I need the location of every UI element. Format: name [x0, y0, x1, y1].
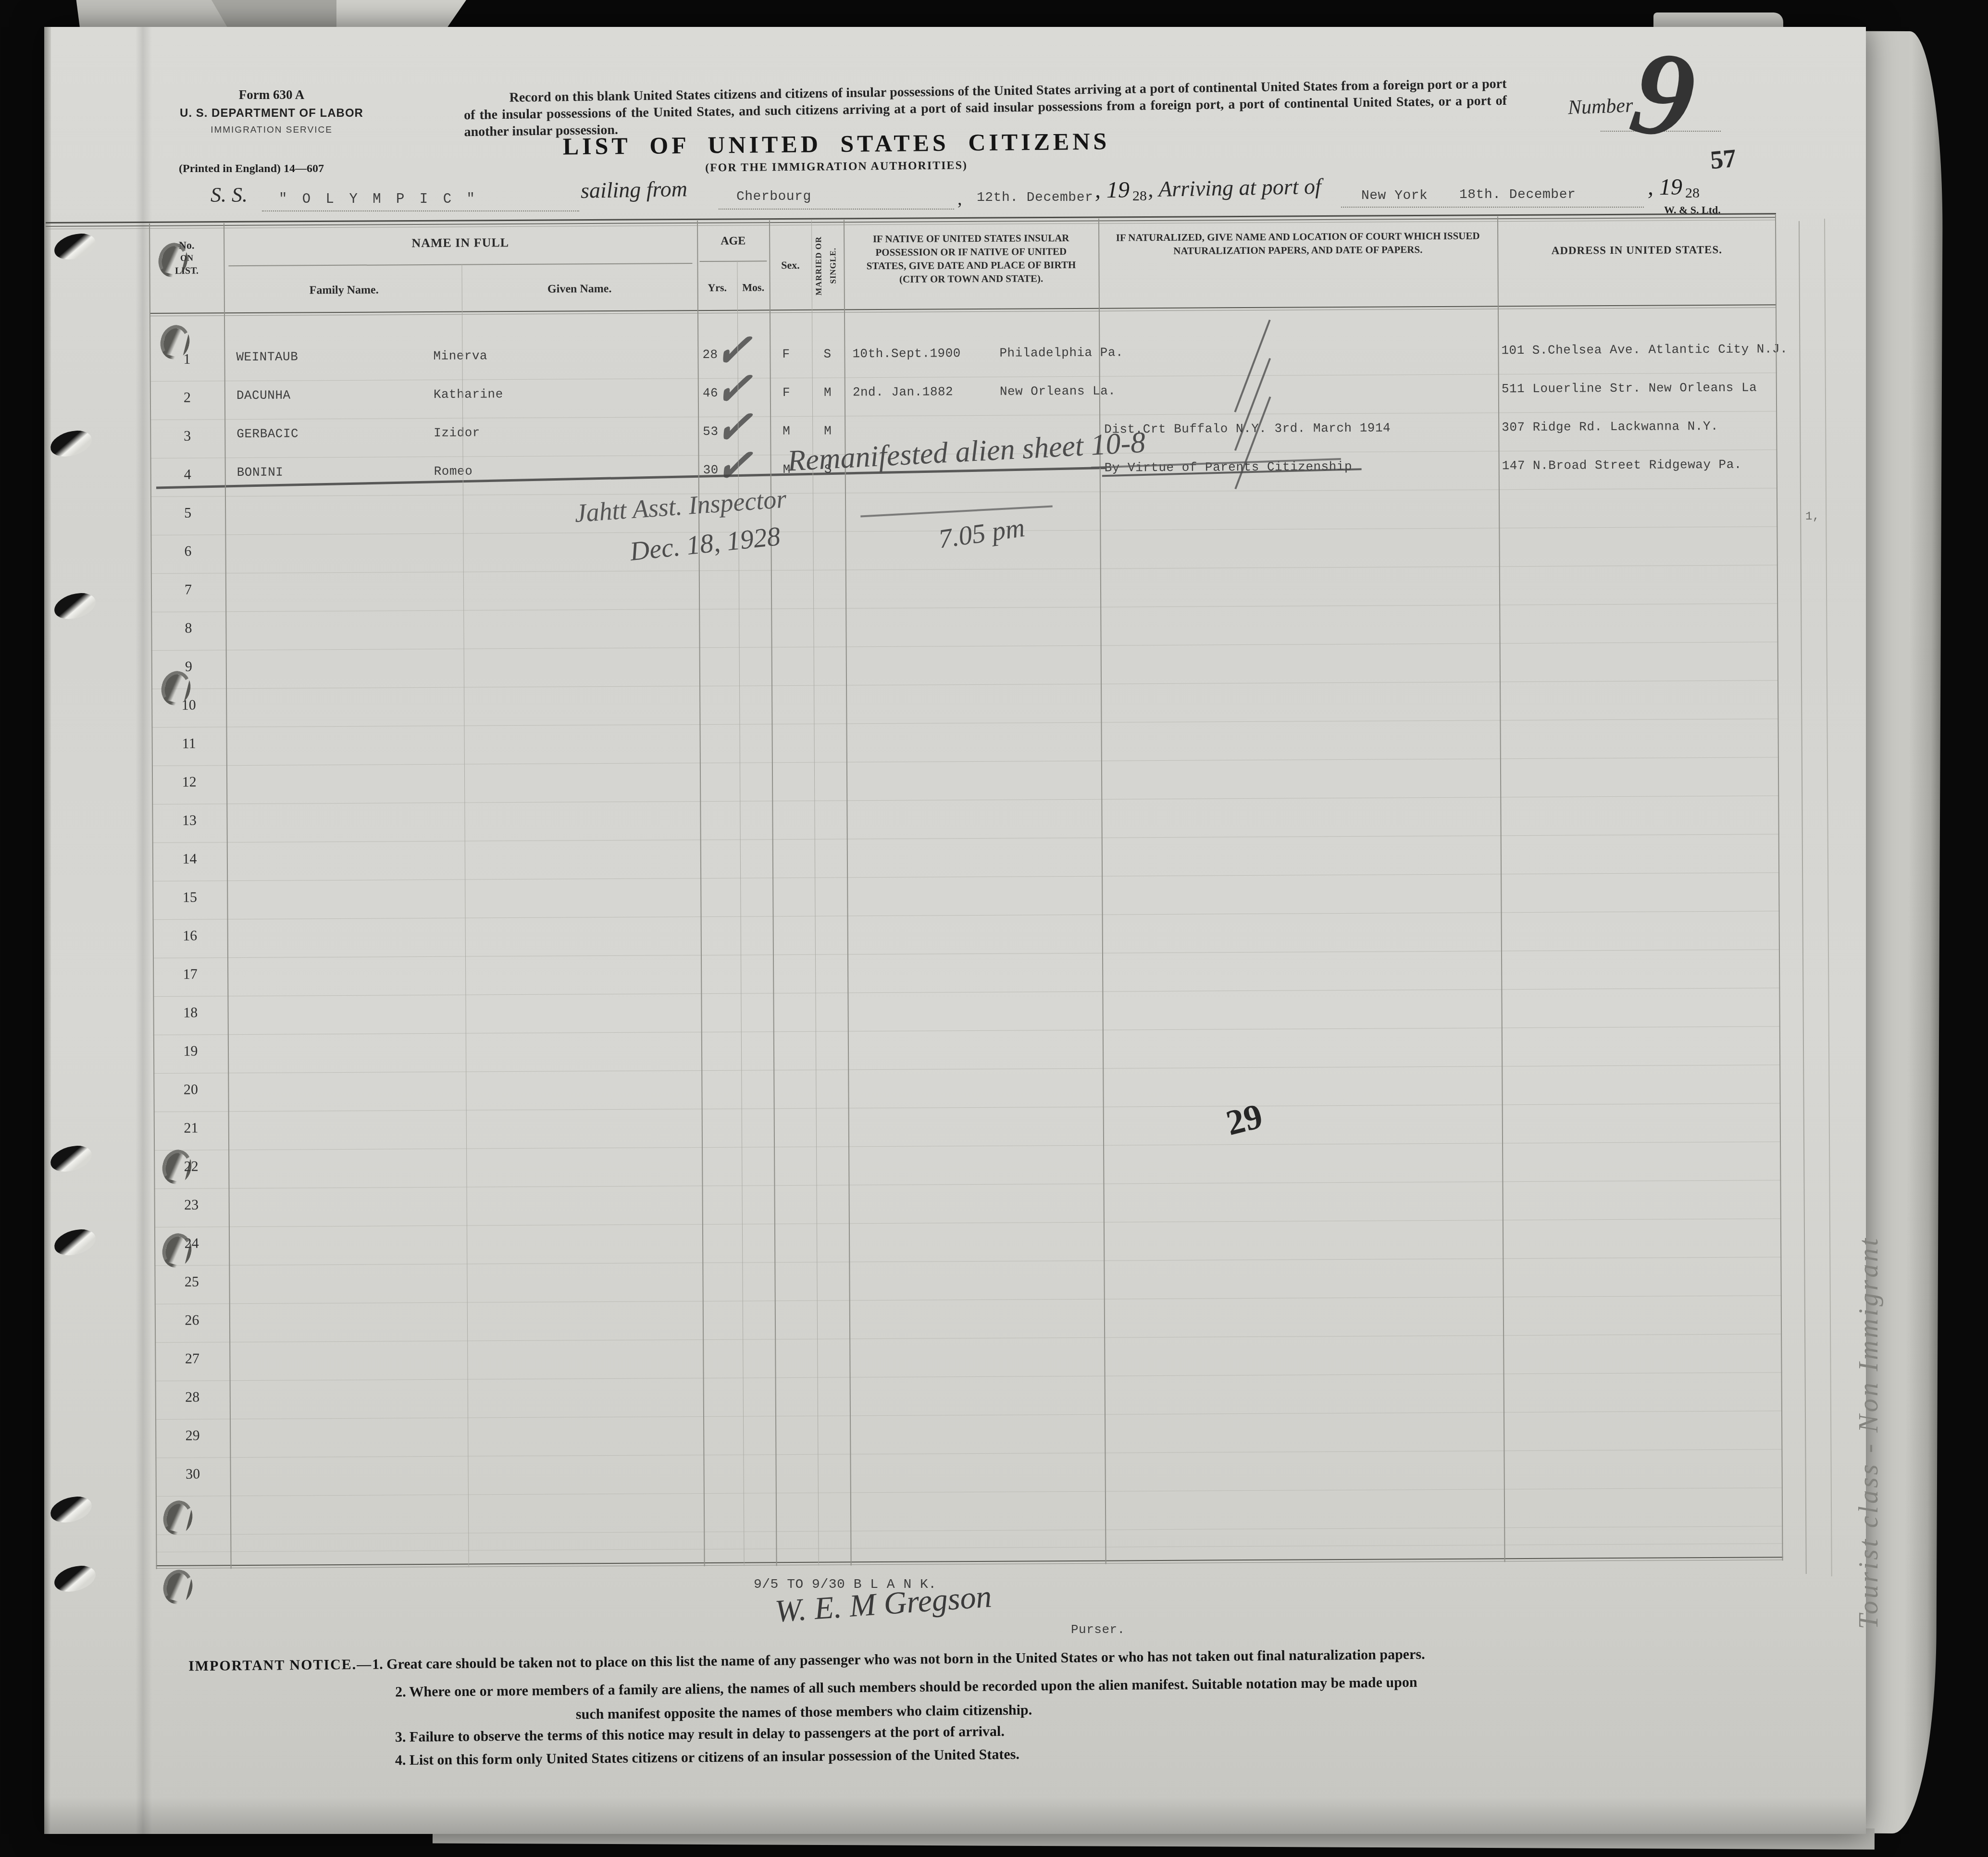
cell-family-name: WEINTAUB: [236, 349, 298, 364]
arrival-date: 18th. December: [1459, 187, 1576, 202]
table-rows: 1WEINTAUBMinerva28FS10th.Sept.1900Philad…: [149, 215, 1783, 1569]
cell-marital: M: [824, 424, 832, 438]
row-number: 4: [150, 466, 225, 483]
arrival-year: , 1928: [1648, 174, 1697, 200]
year-19: , 19: [1648, 174, 1682, 200]
cell-birth-place: Philadelphia Pa.: [999, 345, 1123, 360]
row-number: 9: [151, 658, 226, 675]
cell-birth-date: 2nd. Jan.1882: [853, 384, 953, 399]
number-label: Number: [1567, 94, 1633, 120]
cell-birth-date: 10th.Sept.1900: [852, 346, 961, 361]
year-28: 28: [1132, 188, 1147, 204]
row-line: [156, 1543, 1783, 1552]
row-number: 21: [154, 1120, 228, 1137]
row-number: 30: [156, 1466, 230, 1483]
row-number: 28: [155, 1389, 230, 1406]
printed-in-england: (Printed in England) 14—607: [179, 162, 324, 175]
port-of-arrival: New York: [1361, 188, 1428, 203]
row-number: 3: [150, 428, 224, 445]
year-28: 28: [1685, 185, 1700, 201]
row-number: 27: [155, 1350, 229, 1367]
row-number: 16: [153, 928, 227, 944]
row-number: 5: [150, 505, 225, 521]
row-number: 17: [153, 966, 227, 983]
row-number: 26: [155, 1312, 229, 1329]
cell-sex: F: [782, 347, 790, 361]
ss-label: S. S.: [211, 183, 248, 207]
cell-marital: S: [823, 347, 831, 361]
cell-address: 511 Louerline Str. New Orleans La: [1502, 380, 1757, 396]
row-number: 1: [149, 351, 224, 368]
row-number: 6: [150, 543, 225, 560]
sailing-from-label: sailing from: [581, 176, 688, 203]
ship-name-line: [262, 210, 579, 211]
row-number: 18: [153, 1004, 228, 1021]
port-of-departure: Cherbourg: [736, 189, 811, 204]
year-19: , 19: [1095, 177, 1130, 203]
row-number: 12: [152, 774, 226, 791]
cell-family-name: GERBACIC: [236, 426, 298, 441]
row-number: 20: [153, 1081, 228, 1098]
cell-address: 147 N.Broad Street Ridgeway Pa.: [1502, 458, 1742, 473]
cell-sex: F: [783, 385, 790, 400]
row-number: 29: [155, 1427, 230, 1444]
row-number: 10: [151, 697, 226, 714]
table-row: 30: [155, 1450, 1782, 1497]
port-departure-line: [719, 209, 954, 210]
cell-given-name: Izidor: [434, 425, 480, 440]
stamp-57: 57: [1709, 143, 1737, 175]
row-line: [156, 1526, 1783, 1535]
margin-mark: 1,: [1805, 510, 1820, 523]
cell-given-name: Romeo: [434, 464, 473, 478]
row-number: 8: [151, 620, 225, 637]
manifest-table: No. ON LIST. NAME IN FULL Family Name. G…: [149, 215, 1783, 1569]
purser-label: Purser.: [1071, 1622, 1125, 1637]
notice-label: IMPORTANT NOTICE.—: [188, 1657, 373, 1674]
cell-birth-place: New Orleans La.: [1000, 384, 1116, 398]
cell-given-name: Katharine: [434, 387, 503, 402]
form-number: Form 630 A: [202, 87, 341, 102]
cell-given-name: Minerva: [433, 348, 487, 363]
service-name: IMMIGRATION SERVICE: [192, 125, 351, 136]
arriving-label: , Arriving at port of: [1148, 173, 1322, 202]
cell-family-name: BONINI: [237, 465, 284, 480]
cell-sex: M: [783, 424, 790, 438]
department-name: U. S. DEPARTMENT OF LABOR: [168, 107, 375, 120]
row-number: 7: [151, 582, 225, 598]
port-arrival-line: [1341, 207, 1644, 208]
row-number: 2: [150, 389, 224, 406]
side-note-vertical: Tourist class - Non Immigrant: [1853, 687, 1889, 1629]
cell-address: 307 Ridge Rd. Lackwanna N.Y.: [1502, 419, 1718, 434]
row-number: 14: [152, 851, 227, 867]
row-number: 13: [152, 812, 226, 829]
cell-address: 101 S.Chelsea Ave. Atlantic City N.J.: [1501, 342, 1788, 358]
cell-family-name: DACUNHA: [236, 388, 291, 403]
page-bottom-shadow: [44, 1797, 1866, 1834]
departure-year: , 1928: [1095, 177, 1144, 203]
comma-mark: ,: [957, 188, 962, 210]
cell-marital: M: [824, 385, 832, 400]
cell-naturalized: Dist.Crt Buffalo N.Y. 3rd. March 1914: [1104, 421, 1391, 436]
row-number: 11: [152, 735, 226, 752]
row-number: 25: [154, 1274, 229, 1290]
page-title: LIST OF UNITED STATES CITIZENS: [543, 127, 1130, 161]
row-number: 23: [154, 1197, 229, 1213]
row-number: 15: [152, 889, 227, 906]
row-strike-line: [156, 467, 1106, 489]
departure-date: 12th. December: [977, 190, 1093, 205]
row-number: 19: [153, 1043, 228, 1060]
ship-name: " O L Y M P I C ": [279, 191, 478, 207]
page-left-edge: [44, 27, 51, 1834]
